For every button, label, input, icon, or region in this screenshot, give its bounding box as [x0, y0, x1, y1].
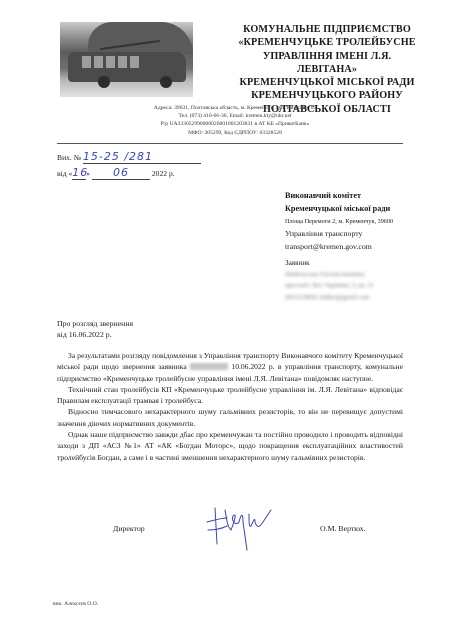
org-line: УПРАВЛІННЯ ІМЕНІ Л.Я. ЛЕВІТАНА» [232, 50, 422, 77]
org-line: КРЕМЕНЧУЦЬКОЇ МІСЬКОЇ РАДИ [232, 76, 422, 89]
addressee-block: Виконавчий комітет Кременчуцької міської… [285, 190, 445, 254]
addressee-line2: Кременчуцької міської ради [285, 204, 390, 213]
paragraph-1: За результатами розгляду повідомлення з … [57, 350, 403, 384]
requisites-address: Адреса: 39631, Полтавська область, м. Кр… [115, 104, 355, 112]
applicant-contacts-redacted: 0665239858, hidden@gmail.com [285, 292, 374, 303]
addressee-email: transport@kremen.gov.com [285, 241, 445, 254]
date-mid: » [86, 169, 90, 178]
letter-body: За результатами розгляду повідомлення з … [57, 350, 403, 463]
requisites-codes: МФО: 305299, Код ЄДРПОУ: 03328528 [115, 129, 355, 137]
requisites: Адреса: 39631, Полтавська область, м. Кр… [115, 104, 355, 137]
applicant-label: Заявник [285, 258, 374, 269]
photo-wheel [98, 76, 110, 88]
photo-window [82, 56, 91, 68]
applicant-address-redacted: проспект Лесі Українки, 5, кв. 21 [285, 280, 374, 291]
photo-window [94, 56, 103, 68]
photo-window [118, 56, 127, 68]
paragraph-3: Відносно тимчасового нехарактерного шуму… [57, 406, 403, 429]
redacted-name [190, 363, 228, 370]
outgoing-number: Вих. № 15-25 /281 [57, 150, 201, 164]
date-year: 2022 р. [152, 169, 175, 178]
organization-name: КОМУНАЛЬНЕ ПІДПРИЄМСТВО «КРЕМЕНЧУЦЬКЕ ТР… [232, 23, 422, 116]
applicant-block: Заявник Шибельська Євгенія Іванівна, про… [285, 258, 374, 303]
date-month: 06 [113, 166, 129, 179]
photo-window [106, 56, 115, 68]
signatory-name: О.М. Вертюх. [320, 524, 366, 533]
addressee-dept: Управління транспорту [285, 228, 445, 241]
photo-wheel [160, 76, 172, 88]
paragraph-2: Технічний стан тролейбусів КП «Кременчуц… [57, 384, 403, 407]
header-divider [57, 143, 403, 144]
requisites-contacts: Тел. (073) 410-66-36, Email: kremen.kty@… [115, 112, 355, 120]
org-line: КРЕМЕНЧУЦЬКОГО РАЙОНУ [232, 89, 422, 102]
handwritten-signature [205, 500, 275, 552]
signatory-role: Директор [113, 524, 145, 533]
outgoing-number-value: 15-25 /281 [83, 150, 153, 163]
org-line: КОМУНАЛЬНЕ ПІДПРИЄМСТВО [232, 23, 422, 36]
photo-window [130, 56, 139, 68]
executor-note: вик. Алєксєєв О.О. [53, 601, 98, 607]
subject-line1: Про розгляд звернення [57, 318, 133, 329]
outgoing-number-label: Вих. № [57, 153, 81, 162]
requisites-bank: Р/р UA333052990000026001001203831 в АТ К… [115, 120, 355, 128]
addressee-line1: Виконавчий комітет [285, 191, 361, 200]
outgoing-date: від «16» 06 2022 р. [57, 166, 175, 180]
addressee-address: Площа Перемоги 2, м. Кременчук, 39600 [285, 216, 445, 229]
org-line: «КРЕМЕНЧУЦЬКЕ ТРОЛЕЙБУСНЕ [232, 36, 422, 49]
trolleybus-photo [60, 22, 193, 97]
subject: Про розгляд звернення від 16.06.2022 р. [57, 318, 133, 340]
applicant-name-redacted: Шибельська Євгенія Іванівна, [285, 269, 374, 280]
outgoing-number-field: 15-25 /281 [83, 150, 201, 164]
subject-line2: від 16.06.2022 р. [57, 329, 133, 340]
paragraph-4: Однак наше підприємство завжди дбає про … [57, 429, 403, 463]
date-prefix: від « [57, 169, 72, 178]
